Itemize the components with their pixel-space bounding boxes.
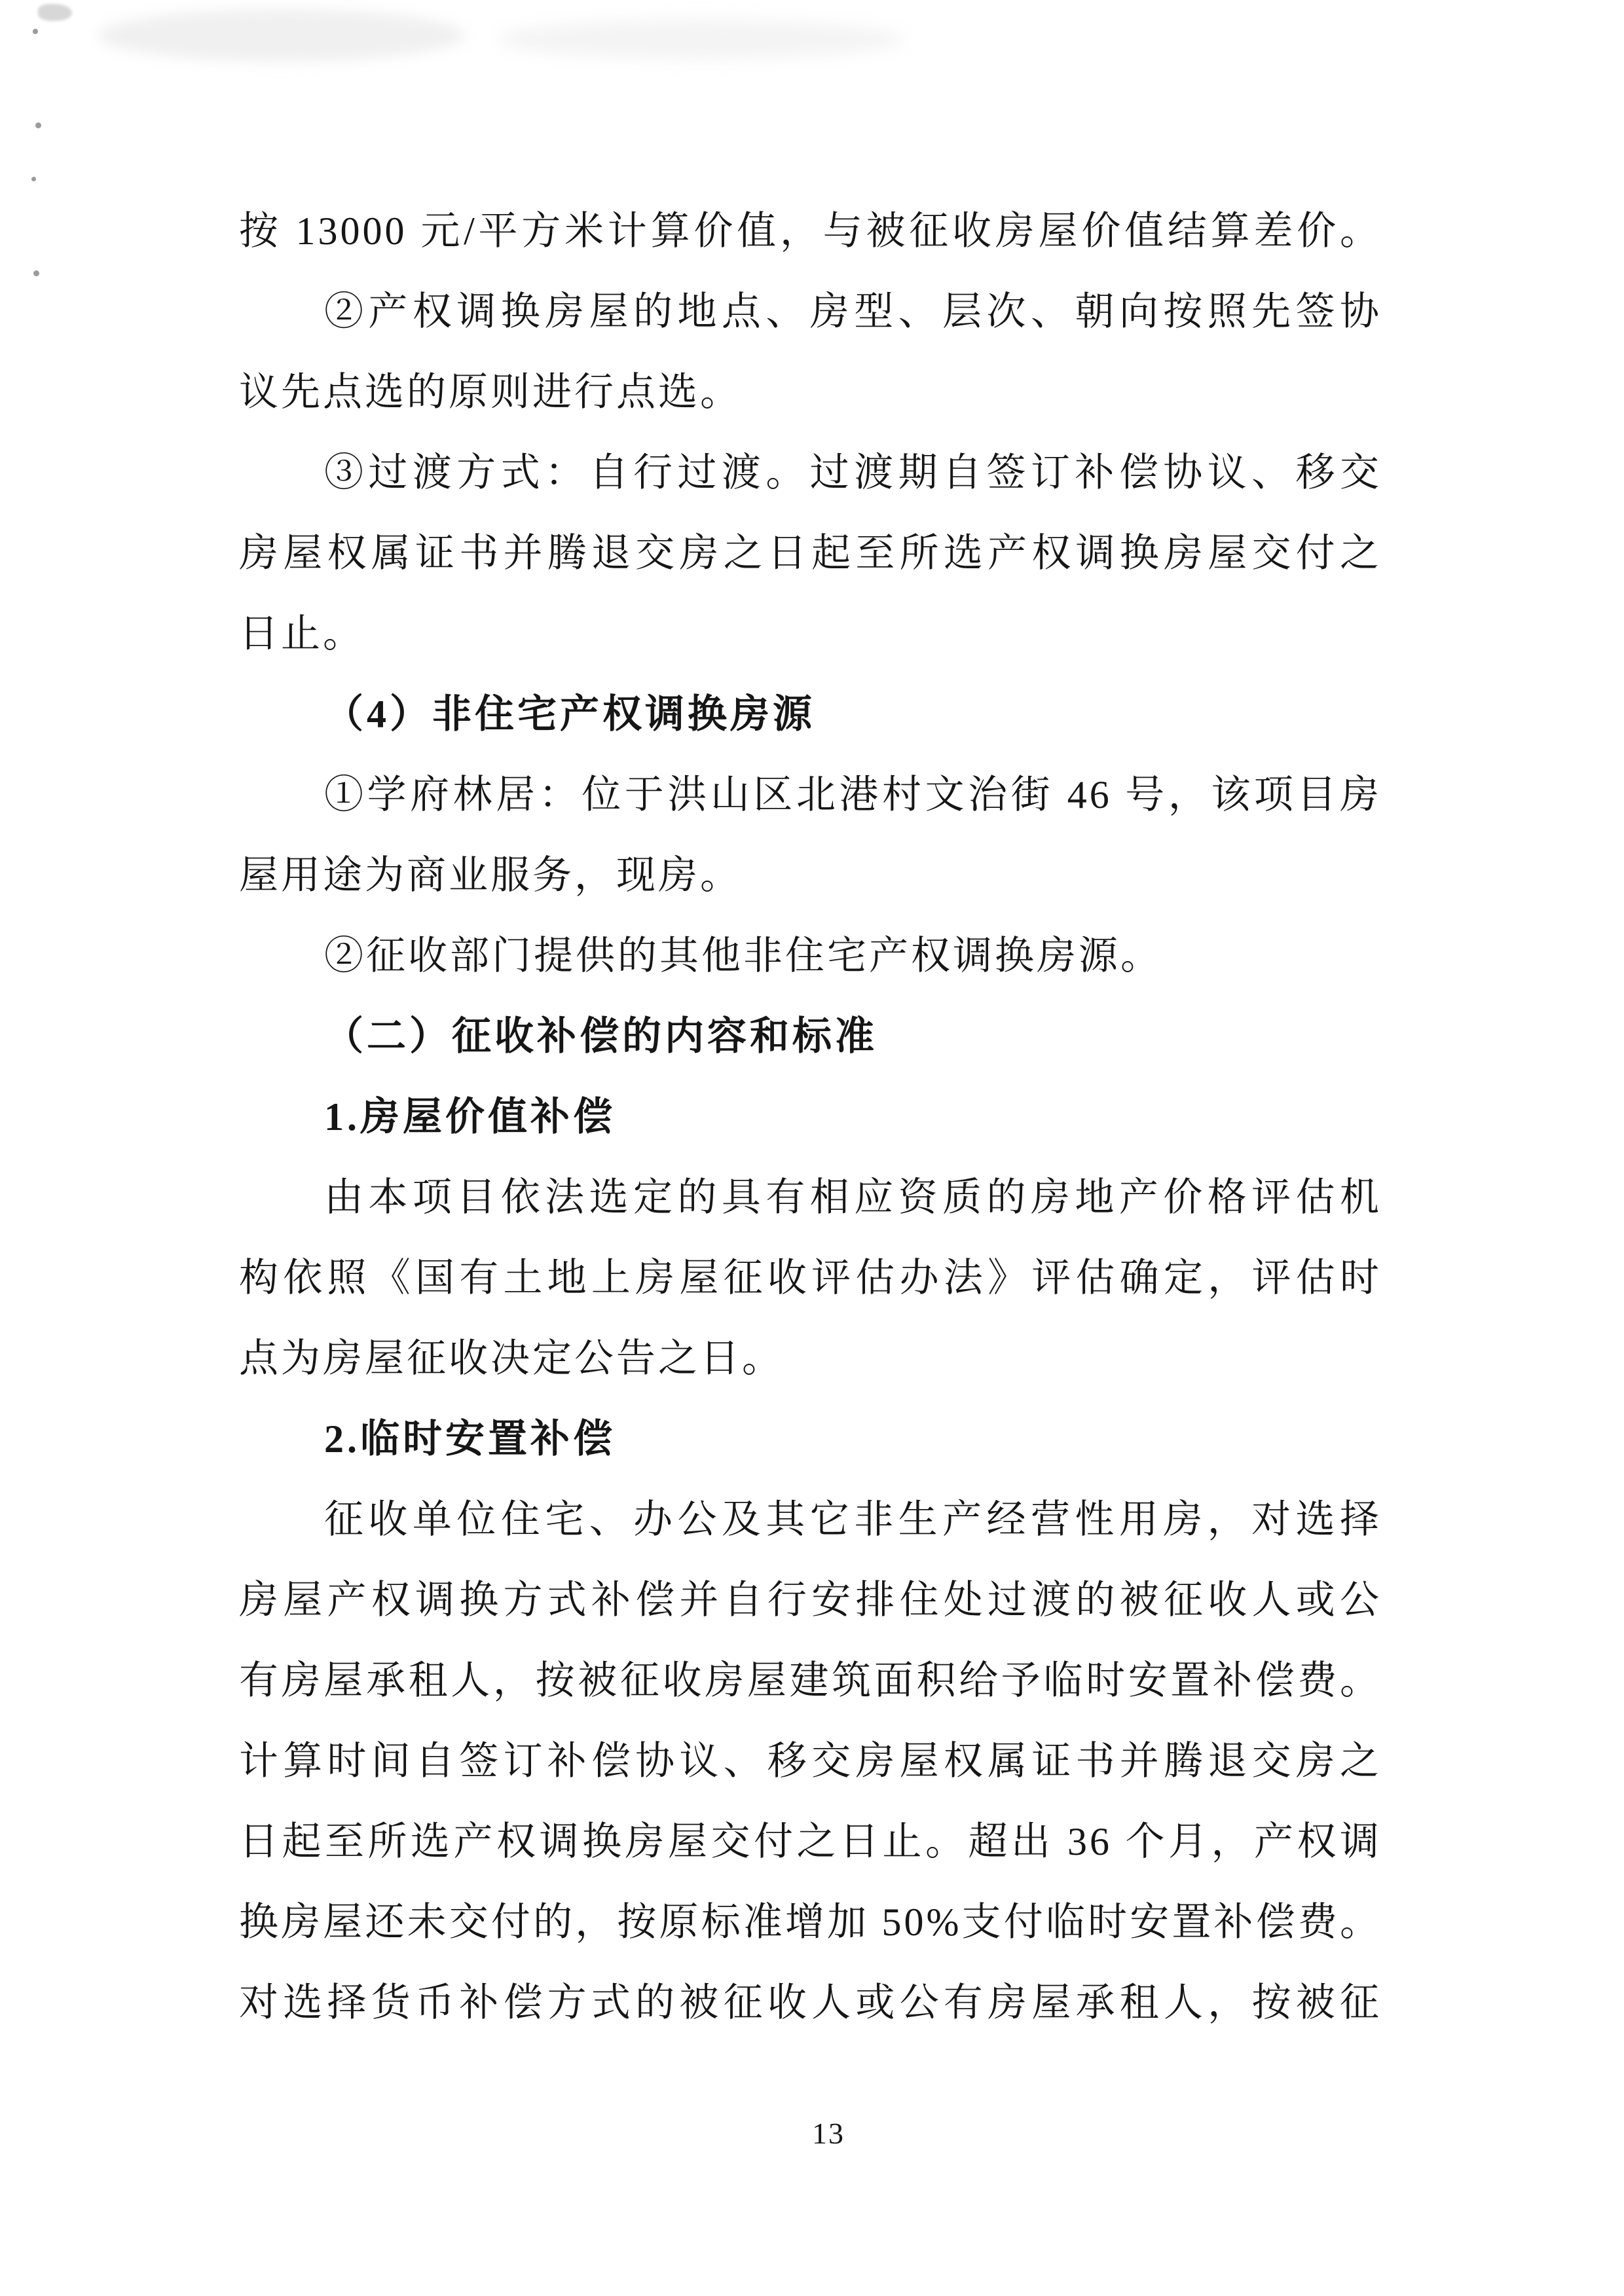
scan-speck xyxy=(33,270,39,276)
text-line: 按 13000 元/平方米计算价值，与被征收房屋价值结算差价。 xyxy=(239,191,1382,272)
text-line: 屋用途为商业服务，现房。 xyxy=(239,835,1382,916)
text-line: 构依照《国有土地上房屋征收评估办法》评估确定，评估时 xyxy=(239,1238,1382,1319)
text-line: 议先点选的原则进行点选。 xyxy=(239,352,1382,433)
text-line: 对选择货币补偿方式的被征收人或公有房屋承租人，按被征 xyxy=(239,1963,1382,2043)
text-line: 有房屋承租人，按被征收房屋建筑面积给予临时安置补偿费。 xyxy=(239,1641,1382,1721)
text-line: 日起至所选产权调换房屋交付之日止。超出 36 个月，产权调 xyxy=(239,1802,1382,1882)
text-line: 房屋产权调换方式补偿并自行安排住处过渡的被征收人或公 xyxy=(239,1560,1382,1641)
scan-smudge xyxy=(38,4,72,21)
document-page: 按 13000 元/平方米计算价值，与被征收房屋价值结算差价。 ②产权调换房屋的… xyxy=(0,0,1624,2296)
heading-line: 1.房屋价值补偿 xyxy=(239,1077,1382,1157)
text-line: 点为房屋征收决定公告之日。 xyxy=(239,1319,1382,1399)
scan-noise xyxy=(98,9,465,62)
text-line: ②产权调换房屋的地点、房型、层次、朝向按照先签协 xyxy=(239,272,1382,352)
text-line: 日止。 xyxy=(239,594,1382,674)
scan-speck xyxy=(31,177,36,181)
text-line: 由本项目依法选定的具有相应资质的房地产价格评估机 xyxy=(239,1157,1382,1238)
scan-speck xyxy=(33,29,38,34)
page-number: 13 xyxy=(16,2116,1624,2151)
heading-line: 2.临时安置补偿 xyxy=(239,1399,1382,1480)
text-line: 换房屋还未交付的，按原标准增加 50%支付临时安置补偿费。 xyxy=(239,1882,1382,1963)
text-line: ②征收部门提供的其他非住宅产权调换房源。 xyxy=(239,916,1382,996)
text-line: ③过渡方式：自行过渡。过渡期自签订补偿协议、移交 xyxy=(239,433,1382,513)
text-line: ①学府林居：位于洪山区北港村文治街 46 号，该项目房 xyxy=(239,755,1382,835)
scan-speck xyxy=(35,122,41,128)
heading-line: （4）非住宅产权调换房源 xyxy=(239,674,1382,755)
text-line: 计算时间自签订补偿协议、移交房屋权属证书并腾退交房之 xyxy=(239,1721,1382,1802)
scan-noise xyxy=(498,20,904,59)
text-line: 征收单位住宅、办公及其它非生产经营性用房，对选择 xyxy=(239,1480,1382,1560)
text-line: 房屋权属证书并腾退交房之日起至所选产权调换房屋交付之 xyxy=(239,513,1382,594)
heading-line: （二）征收补偿的内容和标准 xyxy=(239,996,1382,1077)
body-text: 按 13000 元/平方米计算价值，与被征收房屋价值结算差价。 ②产权调换房屋的… xyxy=(239,191,1382,2043)
